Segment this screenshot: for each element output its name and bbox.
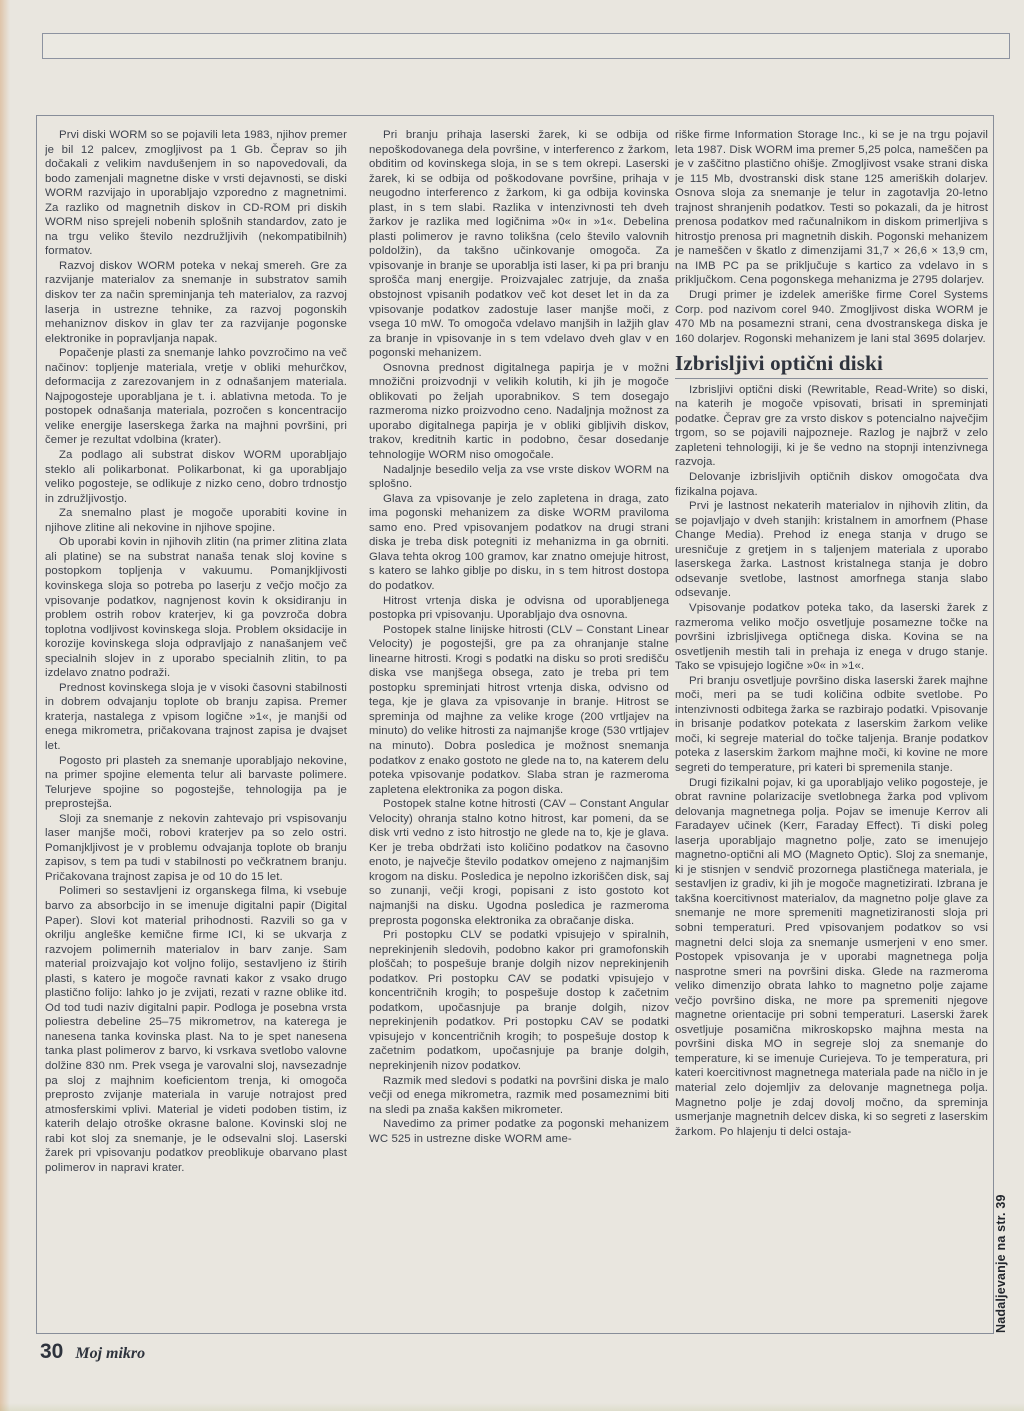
- paragraph: Postopek stalne kotne hitrosti (CAV – Co…: [369, 797, 669, 928]
- paragraph: Pogosto pri plasteh za snemanje uporablj…: [45, 754, 347, 812]
- paragraph: Ob uporabi kovin in njihovih zlitin (na …: [45, 535, 347, 680]
- column3-bottom-paragraphs: Izbrisljivi optični diski (Rewritable, R…: [675, 383, 988, 1139]
- paragraph: Pri postopku CLV se podatki vpisujejo v …: [369, 928, 669, 1073]
- paragraph: Izbrisljivi optični diski (Rewritable, R…: [675, 383, 988, 470]
- top-header-box: [42, 33, 1010, 59]
- paragraph: Prednost kovinskega sloja je v visoki ča…: [45, 681, 347, 754]
- page-footer: 30 Moj mikro: [40, 1340, 440, 1364]
- paragraph: Prvi diski WORM so se pojavili leta 1983…: [45, 128, 347, 259]
- scan-edge-tint-bottom: [0, 1403, 1024, 1411]
- paragraph: Drugi fizikalni pojav, ki ga uporabljajo…: [675, 776, 988, 1140]
- article-column-2: Pri branju prihaja laserski žarek, ki se…: [369, 128, 669, 1320]
- paragraph: Vpisovanje podatkov poteka tako, da lase…: [675, 601, 988, 674]
- paragraph: Sloji za snemanje z nekovin zahtevajo pr…: [45, 812, 347, 885]
- paragraph: Za snemalno plast je mogoče uporabiti ko…: [45, 506, 347, 535]
- paragraph: Popačenje plasti za snemanje lahko povzr…: [45, 346, 347, 448]
- scan-edge-tint: [0, 0, 10, 1411]
- paragraph: Navedimo za primer podatke za pogonski m…: [369, 1117, 669, 1146]
- paragraph: Razmik med sledovi s podatki na površini…: [369, 1074, 669, 1118]
- paragraph: Glava za vpisovanje je zelo zapletena in…: [369, 492, 669, 594]
- article-frame: Prvi diski WORM so se pojavili leta 1983…: [36, 115, 994, 1334]
- paragraph: Pri branju osvetljuje površino diska las…: [675, 674, 988, 776]
- paragraph: Razvoj diskov WORM poteka v nekaj smereh…: [45, 259, 347, 346]
- paragraph: Za podlago ali substrat diskov WORM upor…: [45, 448, 347, 506]
- paragraph: Hitrost vrtenja diska je odvisna od upor…: [369, 594, 669, 623]
- paragraph: Polimeri so sestavljeni iz organskega fi…: [45, 884, 347, 1175]
- column3-top-paragraphs: riške firme Information Storage Inc., ki…: [675, 128, 988, 346]
- article-column-3: riške firme Information Storage Inc., ki…: [675, 128, 988, 1320]
- paragraph: Postopek stalne linijske hitrosti (CLV –…: [369, 623, 669, 798]
- paragraph: Pri branju prihaja laserski žarek, ki se…: [369, 128, 669, 361]
- paragraph: Osnovna prednost digitalnega papirja je …: [369, 361, 669, 463]
- paragraph: Nadaljnje besedilo velja za vse vrste di…: [369, 463, 669, 492]
- paragraph: Delovanje izbrisljivih optičnih diskov o…: [675, 470, 988, 499]
- magazine-name: Moj mikro: [75, 1345, 145, 1363]
- column2-paragraphs: Pri branju prihaja laserski žarek, ki se…: [369, 128, 669, 1146]
- column1-paragraphs: Prvi diski WORM so se pojavili leta 1983…: [45, 128, 347, 1175]
- paragraph: Drugi primer je izdelek ameriške firme C…: [675, 288, 988, 346]
- section-heading: Izbrisljivi optični diski: [675, 356, 988, 379]
- magazine-page: { "page": { "background": "#e9e6df", "te…: [0, 0, 1024, 1411]
- page-number: 30: [40, 1340, 63, 1364]
- article-column-1: Prvi diski WORM so se pojavili leta 1983…: [45, 128, 347, 1320]
- paragraph: Prvi je lastnost nekaterih materialov in…: [675, 499, 988, 601]
- continuation-note: Nadaljevanje na str. 39: [994, 1183, 1012, 1333]
- paragraph: riške firme Information Storage Inc., ki…: [675, 128, 988, 288]
